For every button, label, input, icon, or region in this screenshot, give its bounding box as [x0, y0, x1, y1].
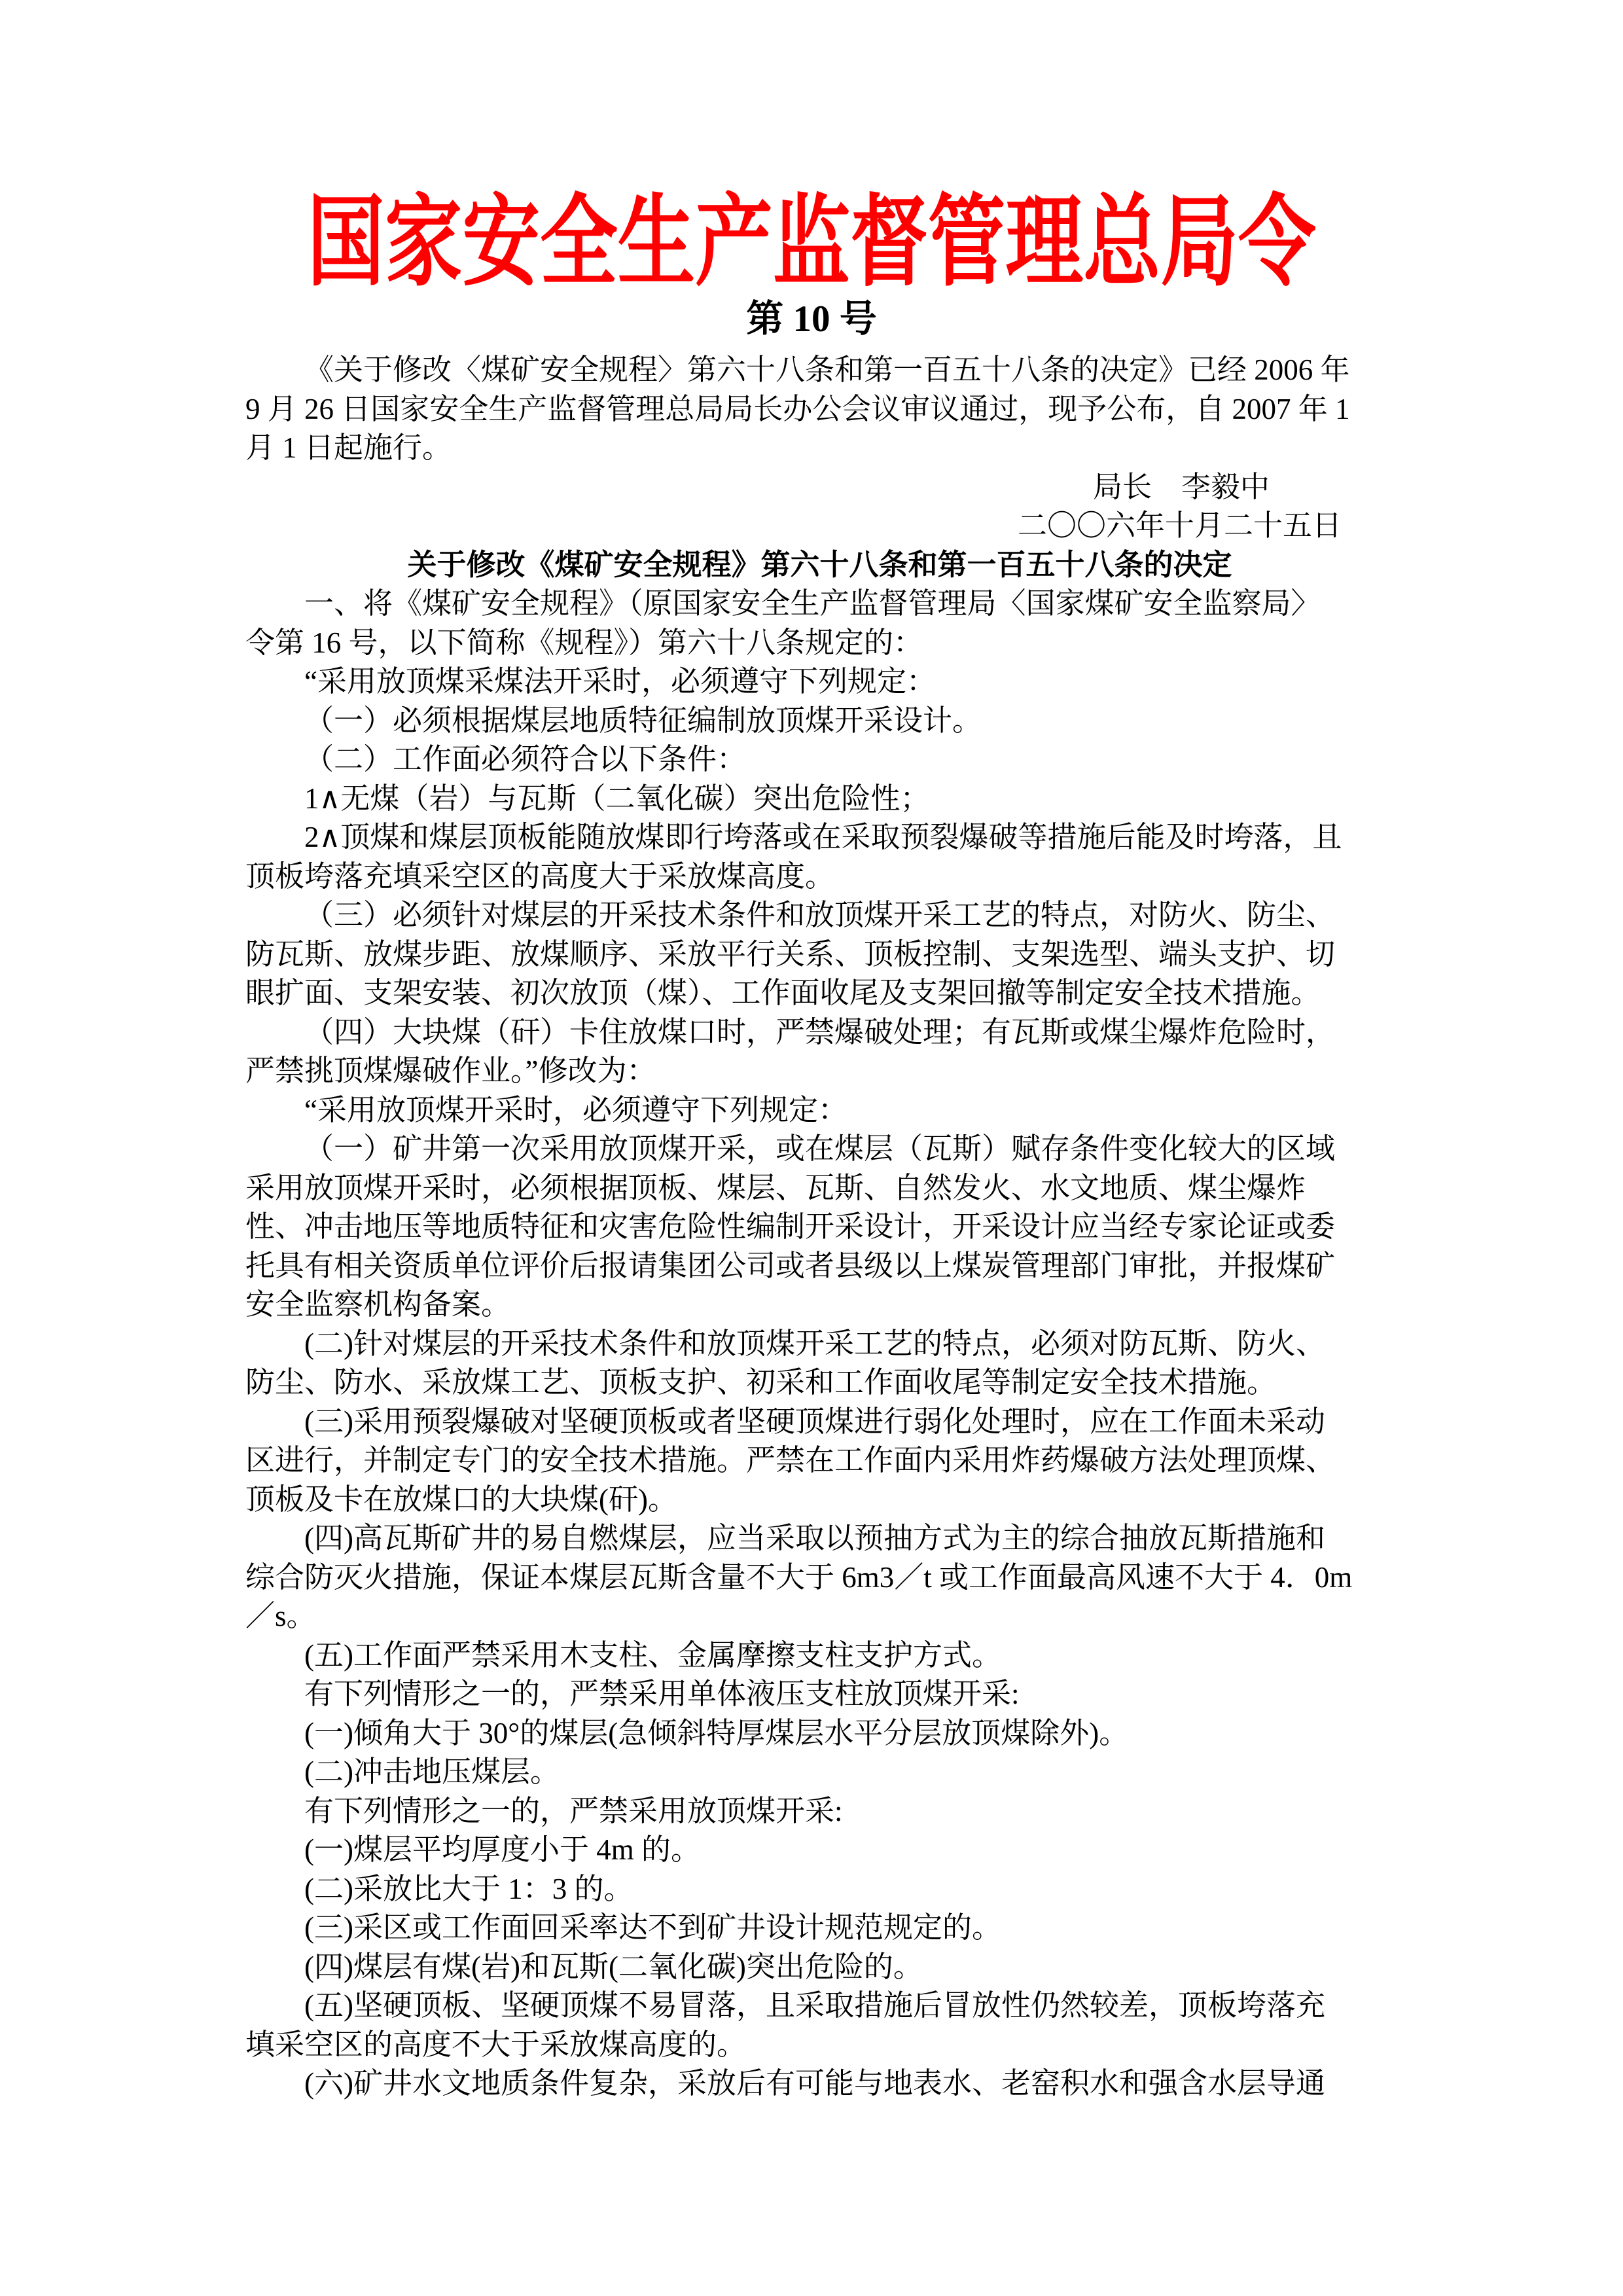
text-line: (三)采用预裂爆破对坚硬顶板或者坚硬顶煤进行弱化处理时，应在工作面未采动	[245, 1403, 1394, 1442]
signature-date-line: 二〇〇六年十月二十五日	[245, 507, 1394, 546]
text-line: 综合防灭火措施，保证本煤层瓦斯含量不大于 6m3／t 或工作面最高风速不大于 4…	[245, 1558, 1394, 1598]
text-line: 一、将《煤矿安全规程》（原国家安全生产监督管理局〈国家煤矿安全监察局〉	[245, 584, 1394, 624]
text-line: （二）工作面必须符合以下条件：	[245, 740, 1394, 780]
text-line: 顶板垮落充填采空区的高度大于采放煤高度。	[245, 857, 1394, 897]
text-line: (四)高瓦斯矿井的易自燃煤层，应当采取以预抽方式为主的综合抽放瓦斯措施和	[245, 1519, 1394, 1558]
signature-name-line: 局长 李毅中	[245, 468, 1394, 507]
text-line: （一）必须根据煤层地质特征编制放顶煤开采设计。	[245, 702, 1394, 741]
text-line: (四)煤层有煤(岩)和瓦斯(二氧化碳)突出危险的。	[245, 1948, 1394, 1987]
text-line: (三)采区或工作面回采率达不到矿井设计规范规定的。	[245, 1909, 1394, 1948]
text-line: “采用放顶煤采煤法开采时，必须遵守下列规定：	[245, 662, 1394, 702]
text-line: (二)采放比大于 1：3 的。	[245, 1870, 1394, 1909]
text-line: （一）矿井第一次采用放顶煤开采，或在煤层（瓦斯）赋存条件变化较大的区域	[245, 1130, 1394, 1169]
text-line: 有下列情形之一的，严禁采用放顶煤开采:	[245, 1792, 1394, 1831]
text-line: 2∧顶煤和煤层顶板能随放煤即行垮落或在采取预裂爆破等措施后能及时垮落，且	[245, 818, 1394, 857]
text-line: (一)倾角大于 30°的煤层(急倾斜特厚煤层水平分层放顶煤除外)。	[245, 1714, 1394, 1753]
text-line: 9 月 26 日国家安全生产监督管理总局局长办公会议审议通过，现予公布，自 20…	[245, 390, 1394, 429]
decision-heading: 关于修改《煤矿安全规程》第六十八条和第一百五十八条的决定	[245, 546, 1394, 585]
text-line: 安全监察机构备案。	[245, 1285, 1394, 1325]
text-line: 令第 16 号，以下简称《规程》）第六十八条规定的：	[245, 624, 1394, 663]
text-line: ／s。	[245, 1597, 1394, 1636]
text-line: 有下列情形之一的，严禁采用单体液压支柱放顶煤开采:	[245, 1675, 1394, 1714]
text-line: 眼扩面、支架安装、初次放顶（煤）、工作面收尾及支架回撤等制定安全技术措施。	[245, 974, 1394, 1013]
text-line: 防尘、防水、采放煤工艺、顶板支护、初采和工作面收尾等制定安全技术措施。	[245, 1363, 1394, 1403]
text-line: (六)矿井水文地质条件复杂，采放后有可能与地表水、老窑积水和强含水层导通	[245, 2064, 1394, 2104]
text-line: (五)坚硬顶板、坚硬顶煤不易冒落，且采取措施后冒放性仍然较差，顶板垮落充	[245, 1986, 1394, 2026]
order-number: 第 10 号	[0, 296, 1623, 343]
text-line: (二)针对煤层的开采技术条件和放顶煤开采工艺的特点，必须对防瓦斯、防火、	[245, 1325, 1394, 1364]
text-line: （四）大块煤（矸）卡住放煤口时，严禁爆破处理；有瓦斯或煤尘爆炸危险时，	[245, 1013, 1394, 1052]
text-line: 月 1 日起施行。	[245, 429, 1394, 468]
document-title: 国家安全生产监督管理总局令	[179, 185, 1444, 300]
text-line: 采用放顶煤开采时，必须根据顶板、煤层、瓦斯、自然发火、水文地质、煤尘爆炸	[245, 1169, 1394, 1208]
text-line: 1∧无煤（岩）与瓦斯（二氧化碳）突出危险性；	[245, 780, 1394, 819]
document-body: 《关于修改〈煤矿安全规程〉第六十八条和第一百五十八条的决定》已经 2006 年9…	[245, 351, 1394, 2104]
text-line: （三）必须针对煤层的开采技术条件和放顶煤开采工艺的特点，对防火、防尘、	[245, 896, 1394, 935]
text-line: “采用放顶煤开采时，必须遵守下列规定：	[245, 1091, 1394, 1130]
text-line: 填采空区的高度不大于采放煤高度的。	[245, 2026, 1394, 2065]
text-line: 顶板及卡在放煤口的大块煤(矸)。	[245, 1480, 1394, 1520]
text-line: (五)工作面严禁采用木支柱、金属摩擦支柱支护方式。	[245, 1636, 1394, 1676]
text-line: 性、冲击地压等地质特征和灾害危险性编制开采设计，开采设计应当经专家论证或委	[245, 1208, 1394, 1247]
text-line: 严禁挑顶煤爆破作业。”修改为：	[245, 1052, 1394, 1091]
text-line: (二)冲击地压煤层。	[245, 1753, 1394, 1792]
text-line: (一)煤层平均厚度小于 4m 的。	[245, 1831, 1394, 1870]
text-line: 防瓦斯、放煤步距、放煤顺序、采放平行关系、顶板控制、支架选型、端头支护、切	[245, 935, 1394, 975]
text-line: 托具有相关资质单位评价后报请集团公司或者县级以上煤炭管理部门审批，并报煤矿	[245, 1247, 1394, 1286]
text-line: 区进行，并制定专门的安全技术措施。严禁在工作面内采用炸药爆破方法处理顶煤、	[245, 1441, 1394, 1480]
document-page: 国家安全生产监督管理总局令 第 10 号 《关于修改〈煤矿安全规程〉第六十八条和…	[0, 0, 1623, 2296]
text-line: 《关于修改〈煤矿安全规程〉第六十八条和第一百五十八条的决定》已经 2006 年	[245, 351, 1394, 390]
